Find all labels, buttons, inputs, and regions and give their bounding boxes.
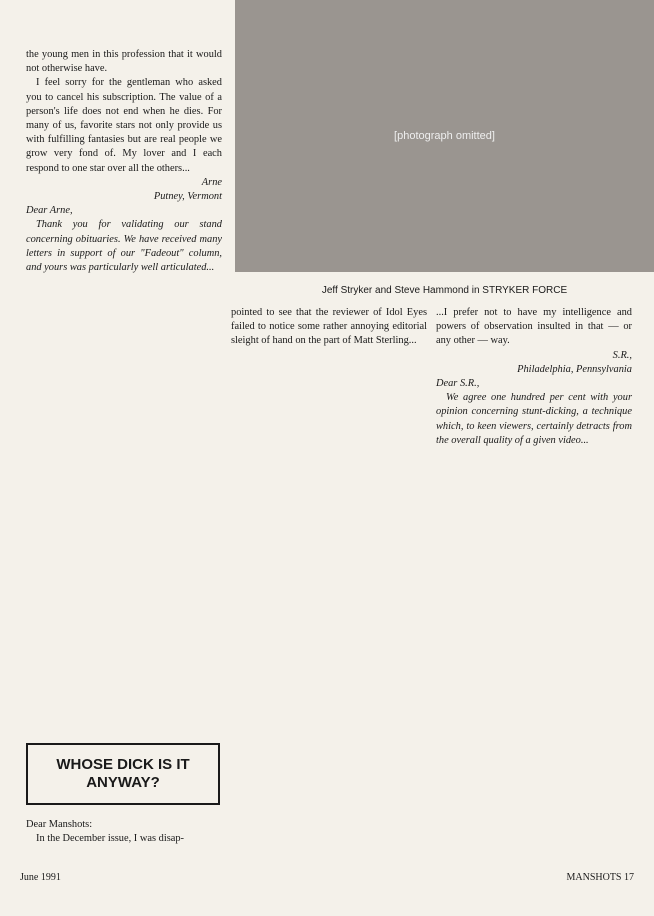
column-3: ...I prefer not to have my intelligence …	[436, 306, 632, 448]
column-2: pointed to see that the reviewer of Idol…	[231, 306, 427, 349]
letter-salutation: Dear Manshots:	[26, 818, 222, 832]
paragraph: ...I prefer not to have my intelligence …	[436, 306, 632, 349]
paragraph: the young men in this profession that it…	[26, 48, 222, 76]
signoff-name: Arne	[26, 176, 222, 190]
reply-salutation: Dear S.R.,	[436, 377, 632, 391]
signoff-place: Philadelphia, Pennsylvania	[436, 363, 632, 377]
footer-date: June 1991	[20, 872, 61, 883]
reply-text: We agree one hundred per cent with your …	[436, 391, 632, 448]
column-1: the young men in this profession that it…	[26, 48, 222, 275]
footer-page: MANSHOTS 17	[566, 872, 634, 883]
paragraph: I feel sorry for the gentleman who asked…	[26, 76, 222, 175]
paragraph: In the December issue, I was disap-	[26, 832, 222, 846]
reply-salutation: Dear Arne,	[26, 204, 222, 218]
photo-placeholder: [photograph omitted]	[235, 0, 654, 272]
paragraph: pointed to see that the reviewer of Idol…	[231, 306, 427, 349]
signoff-name: S.R.,	[436, 349, 632, 363]
reply-text: Thank you for validating our stand conce…	[26, 218, 222, 275]
section-heading-box: WHOSE DICK IS IT ANYWAY?	[26, 743, 220, 805]
photo-caption: Jeff Stryker and Steve Hammond in STRYKE…	[235, 285, 654, 296]
signoff-place: Putney, Vermont	[26, 190, 222, 204]
column-1-bottom: Dear Manshots: In the December issue, I …	[26, 818, 222, 846]
